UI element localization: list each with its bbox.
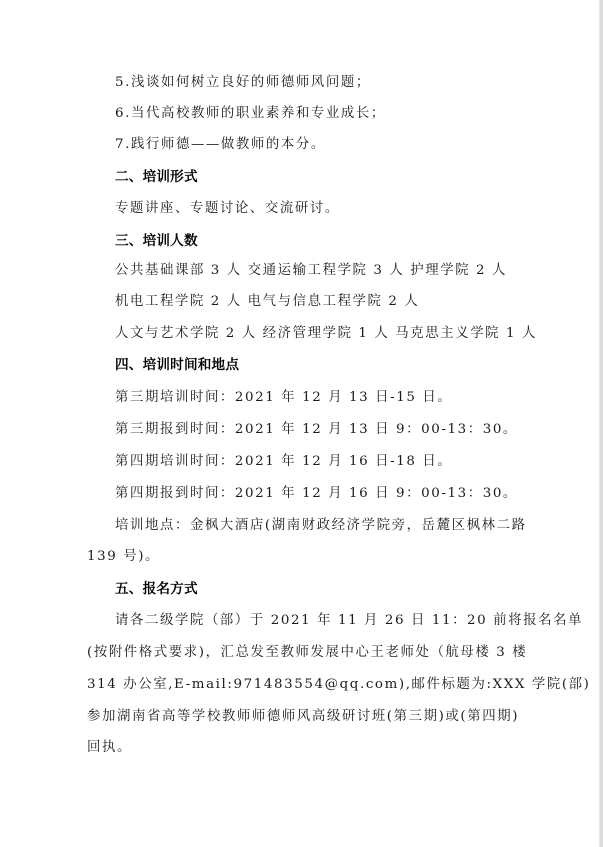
scrollbar-track[interactable]	[599, 0, 603, 847]
section-heading-time-location: 四、培训时间和地点	[115, 355, 239, 375]
participants-line: 机电工程学院 2 人 电气与信息工程学院 2 人	[115, 292, 419, 312]
section-heading-training-format: 二、培训形式	[115, 167, 198, 187]
section-heading-registration: 五、报名方式	[115, 579, 198, 599]
schedule-line: 第四期报到时间：2021 年 12 月 16 日 9：00-13：30。	[115, 484, 518, 504]
list-item-6: 6.当代高校教师的职业素养和专业成长；	[115, 104, 386, 124]
participants-line: 人文与艺术学院 2 人 经济管理学院 1 人 马克思主义学院 1 人	[115, 324, 537, 344]
schedule-line: 第四期培训时间：2021 年 12 月 16 日-18 日。	[115, 452, 452, 472]
registration-line: (按附件格式要求)，汇总发至教师发展中心王老师处（航母楼 3 楼	[87, 643, 527, 663]
schedule-line: 第三期报到时间：2021 年 12 月 13 日 9：00-13：30。	[115, 420, 518, 440]
location-line: 培训地点：金枫大酒店(湖南财政经济学院旁，岳麓区枫林二路	[115, 516, 527, 536]
registration-line: 回执。	[87, 738, 132, 758]
list-item-7: 7.践行师德——做教师的本分。	[115, 135, 326, 155]
list-item-5: 5.浅谈如何树立良好的师德师风问题；	[115, 73, 371, 93]
section-heading-participants: 三、培训人数	[115, 231, 198, 251]
document-page: 5.浅谈如何树立良好的师德师风问题； 6.当代高校教师的职业素养和专业成长； 7…	[0, 0, 599, 847]
schedule-line: 第三期培训时间：2021 年 12 月 13 日-15 日。	[115, 388, 452, 408]
registration-line: 参加湖南省高等学校教师师德师风高级研讨班(第三期)或(第四期)	[87, 707, 519, 727]
training-format-text: 专题讲座、专题讨论、交流研讨。	[115, 199, 340, 219]
registration-email-line: 314 办公室,E-mail:971483554@qq.com),邮件标题为:X…	[87, 675, 591, 695]
registration-line: 请各二级学院（部）于 2021 年 11 月 26 日 11：20 前将报名名单	[115, 611, 583, 631]
location-line-continued: 139 号)。	[87, 547, 160, 567]
participants-line: 公共基础课部 3 人 交通运输工程学院 3 人 护理学院 2 人	[115, 261, 507, 281]
